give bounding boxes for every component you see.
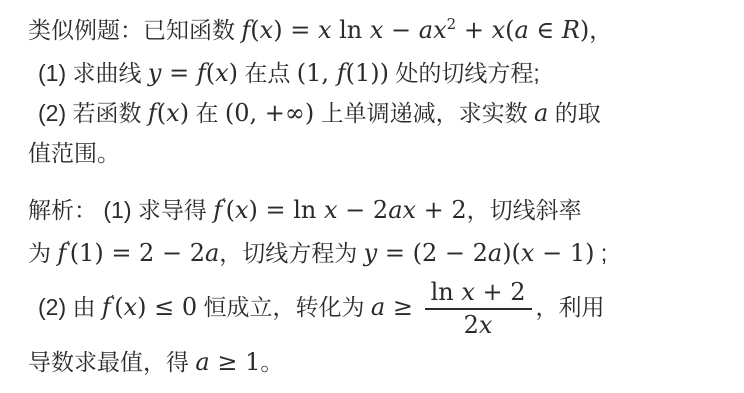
math-operator: ) <box>229 59 238 87</box>
text-line: 值范围。 <box>28 133 718 173</box>
text-run: (2) 由 <box>38 294 102 320</box>
math-variable: R <box>562 16 580 44</box>
math-operator: ( <box>157 99 166 127</box>
math-variable: ax <box>419 16 447 44</box>
text-line: 类似例题：已知函数 f(x) = x ln x − ax2 + x(a ∈ R)… <box>28 10 718 53</box>
text-run: 类似例题：已知函数 <box>28 17 241 43</box>
text-line: 导数求最值，得 a ≥ 1。 <box>28 342 718 382</box>
math-variable: a <box>371 293 385 321</box>
math-operator: ∈ <box>529 16 562 44</box>
math-variable: ax <box>388 196 416 224</box>
text-run: 在点 <box>238 60 297 86</box>
math-variable: f <box>337 59 346 87</box>
math-operator: ) <box>180 99 189 127</box>
math-operator: ) ≤ 0 <box>137 293 197 321</box>
math-operator: ≥ <box>385 293 420 321</box>
math-variable: f <box>213 196 222 224</box>
math-operator: ( <box>226 196 235 224</box>
math-superscript: 2 <box>447 15 457 33</box>
math-operator: (1) = 2 − 2 <box>70 239 205 267</box>
math-variable: x <box>318 16 332 44</box>
math-variable: x <box>324 196 338 224</box>
math-variable: a <box>514 16 528 44</box>
math-variable: y <box>364 239 378 267</box>
text-run: ，利用 <box>536 294 605 320</box>
fraction-denominator: 2x <box>425 308 532 340</box>
text-run: (1) 求曲线 <box>38 60 148 86</box>
math-operator: − 1) <box>534 239 594 267</box>
text-run: 值范围。 <box>28 140 120 166</box>
math-operator: (1, <box>297 59 337 87</box>
text-run: ， <box>589 17 612 43</box>
math-variable: x <box>235 196 249 224</box>
math-variable: x <box>370 16 384 44</box>
math-variable: f <box>148 99 157 127</box>
math-operator: (0, +∞) <box>225 99 314 127</box>
text-run: ，切线方程为 <box>219 240 363 266</box>
paragraph-problem-statement: 类似例题：已知函数 f(x) = x ln x − ax2 + x(a ∈ R)… <box>28 10 718 173</box>
document-content: 类似例题：已知函数 f(x) = x ln x − ax2 + x(a ∈ R)… <box>28 10 718 382</box>
math-variable: x <box>461 278 475 306</box>
text-line: 解析： (1) 求导得 f′(x) = ln x − 2ax + 2，切线斜率 <box>28 190 718 233</box>
math-variable: x <box>521 239 535 267</box>
text-line: (2) 若函数 f(x) 在 (0, +∞) 上单调递减，求实数 a 的取 <box>28 93 718 133</box>
paragraph-solution: 解析： (1) 求导得 f′(x) = ln x − 2ax + 2，切线斜率为… <box>28 190 718 382</box>
math-variable: y <box>148 59 162 87</box>
math-variable: a <box>195 348 209 376</box>
text-run: 解析： (1) 求导得 <box>28 197 213 223</box>
math-operator: ( <box>206 59 215 87</box>
text-run: 恒成立，转化为 <box>197 294 371 320</box>
text-run: 。 <box>260 349 283 375</box>
fraction: ln x + 22x <box>425 278 532 340</box>
math-variable: x <box>260 16 274 44</box>
text-line: 为 f′(1) = 2 − 2a，切线方程为 y = (2 − 2a)(x − … <box>28 233 718 276</box>
math-operator: − <box>383 16 418 44</box>
math-operator: (1)) <box>346 59 389 87</box>
math-variable: f <box>197 59 206 87</box>
text-line: (2) 由 f′(x) ≤ 0 恒成立，转化为 a ≥ ln x + 22x，利… <box>28 276 718 342</box>
math-operator: )( <box>502 239 521 267</box>
math-operator: ≥ 1 <box>210 348 261 376</box>
math-operator: ) = ln <box>249 196 325 224</box>
math-variable: x <box>166 99 180 127</box>
math-superscript: ′ <box>111 292 114 310</box>
math-superscript: ′ <box>66 238 69 256</box>
math-variable: a <box>534 99 548 127</box>
text-run: 处的切线方程; <box>389 60 540 86</box>
math-variable: x <box>215 59 229 87</box>
math-superscript: ′ <box>222 195 225 213</box>
math-operator: + <box>456 16 491 44</box>
text-run: 在 <box>189 100 225 126</box>
math-operator: = <box>161 59 196 87</box>
math-variable: a <box>205 239 219 267</box>
text-run: 导数求最值，得 <box>28 349 195 375</box>
math-operator: ln <box>331 16 369 44</box>
math-variable: f <box>57 239 66 267</box>
text-run: ; <box>594 240 607 266</box>
text-run: 上单调递减，求实数 <box>314 100 534 126</box>
math-operator: + 2 <box>475 278 526 306</box>
math-problem-document: 类似例题：已知函数 f(x) = x ln x − ax2 + x(a ∈ R)… <box>0 0 744 382</box>
text-run: 为 <box>28 240 57 266</box>
math-operator: ln <box>431 278 462 306</box>
math-variable: a <box>488 239 502 267</box>
math-operator: ( <box>114 293 123 321</box>
text-run: (2) 若函数 <box>38 100 148 126</box>
math-variable: x <box>492 16 506 44</box>
math-variable: f <box>241 16 250 44</box>
math-operator: 2 <box>464 311 479 339</box>
math-operator: = (2 − 2 <box>377 239 488 267</box>
text-run: ，切线斜率 <box>467 197 582 223</box>
math-operator: ( <box>250 16 259 44</box>
text-run: 的取 <box>548 100 600 126</box>
math-variable: f <box>102 293 111 321</box>
math-operator: + 2 <box>416 196 467 224</box>
text-line: (1) 求曲线 y = f(x) 在点 (1, f(1)) 处的切线方程; <box>28 53 718 93</box>
fraction-numerator: ln x + 2 <box>425 278 532 308</box>
math-operator: − 2 <box>338 196 389 224</box>
math-operator: ) <box>580 16 589 44</box>
math-variable: x <box>124 293 138 321</box>
math-variable: x <box>479 311 493 339</box>
math-operator: ) = <box>273 16 318 44</box>
